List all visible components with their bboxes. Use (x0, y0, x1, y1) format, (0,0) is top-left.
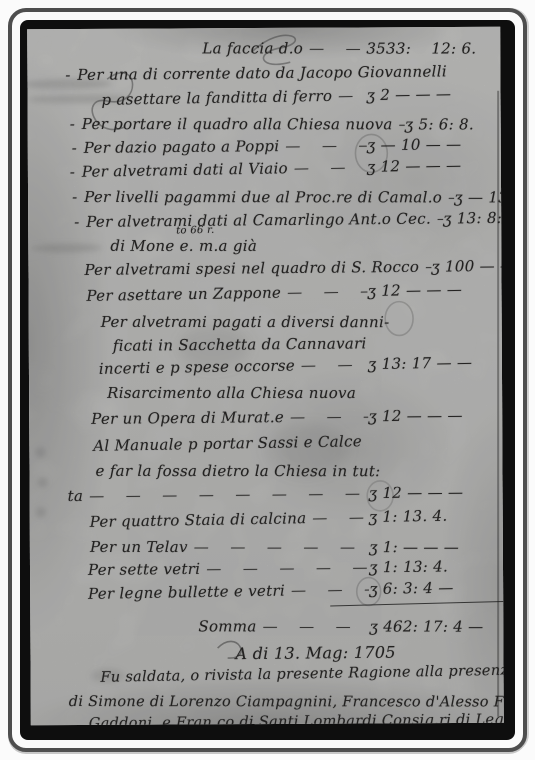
row-amount: ʒ 12 — — — (368, 484, 496, 502)
photo-scan: La faccia d.o — — — — — — — — — — — — — … (20, 20, 515, 740)
dash-leader: — — — — — — — — — — — — — — (419, 259, 431, 276)
dash-leader: — — — — — — — — — — — — — — (83, 485, 369, 505)
dash-leader: — — — — — — — — — — — — — — (442, 189, 454, 206)
row-text: di Simone di Lorenzo Ciampagnini, France… (69, 694, 504, 711)
dash-leader: — — — — — — — — — — — — — — (284, 408, 368, 426)
ledger-row-continuation: Al Manuale p portar Sassi e Calce (93, 431, 496, 455)
row-amount: ʒ 1: 13. 4. (368, 507, 496, 526)
total-row: Somma — — — — — — — — — — — — — — ʒ 462:… (198, 618, 497, 636)
row-text: Per un Telav (90, 539, 188, 556)
dash-leader: — — — — — — — — — — — — — — (285, 581, 369, 600)
dash-leader: — — — — — — — — — — — — — — (288, 159, 367, 178)
row-text: to 66 r. (176, 225, 215, 237)
row-text: Per quattro Staia di calcina (90, 510, 307, 531)
row-text: Per sette vetri (88, 561, 201, 579)
row-text: Gaddoni, e Fran.co di Santi Lombardi Con… (89, 712, 504, 725)
ledger-row: Per asettare un Zappone — — — — — — — — … (86, 281, 495, 305)
row-text: Per alvetrami spesi nel quadro di S. Roc… (84, 259, 419, 279)
ledger-row: - Per livelli pagammi due al Proc.re di … (72, 189, 495, 207)
row-text: di Mone e. m.a già (110, 238, 257, 255)
dash-leader: — — — — — — — — — — — — — — (332, 87, 366, 105)
ledger-row: incerti e p spese occorse — — — — — — — … (99, 354, 496, 378)
row-amount: ʒ — 13: 4 — (454, 189, 504, 206)
ledger-row: - Per portare il quadro alla Chiesa nuov… (70, 116, 495, 134)
entry-dash-marker: - (70, 116, 82, 133)
row-text: Per livelli pagammi due al Proc.re di Ca… (84, 189, 442, 207)
ledger-row-continuation: Per alvetrami pagati a diversi danni- (101, 314, 496, 332)
ledger-row-continuation: ficati in Sacchetta da Cannavari (113, 334, 496, 355)
entry-dash-marker: - (72, 140, 84, 157)
dash-leader: — — — — — — — — — — — — — — (281, 283, 368, 302)
row-text: Risarcimento alla Chiesa nuova (107, 385, 356, 402)
row-amount: 3533: 12: 6. (366, 40, 494, 57)
ledger-row: - Per alvetrami dati al Viaio — — — — — … (70, 157, 495, 182)
entry-dash-marker: - (65, 67, 77, 84)
handwritten-entries: La faccia d.o — — — — — — — — — — — — — … (27, 27, 504, 725)
closing-statement-line: di Simone di Lorenzo Ciampagnini, France… (69, 694, 498, 711)
row-amount: ʒ 100 — — — (431, 257, 504, 275)
row-text: ta (68, 488, 84, 505)
row-text: Per un Opera di Murat.e (91, 409, 284, 428)
row-text: Per dazio pagato a Poppi (84, 138, 280, 157)
ledger-row-continuation: e far la fossa dietro la Chiesa in tut: (96, 463, 497, 481)
row-amount: ʒ 6: 3: 4 — (369, 579, 497, 598)
row-text: La faccia d.o (202, 40, 303, 57)
row-text: Per asettare un Zappone (86, 285, 281, 306)
entry-dash-marker: - (74, 214, 86, 231)
ledger-row-continuation: di Mone e. m.a già (110, 238, 495, 256)
entry-dash-marker: - (72, 189, 84, 206)
dash-leader: — — — — — — — — — — — — — — (279, 137, 367, 155)
ledger-row: Per sette vetri — — — — — — — — — — — — … (88, 558, 497, 579)
dash-leader: — — — — — — — — — — — — — — (306, 509, 369, 527)
dash-leader: — — — — — — — — — — — — — — (393, 116, 405, 133)
dash-leader: — — — — — — — — — — — — — — (303, 40, 366, 57)
row-text: Per portare il quadro alla Chiesa nuova (82, 116, 393, 134)
row-text: Per alvetrami pagati a diversi danni- (101, 314, 390, 332)
ledger-row: Per alvetrami spesi nel quadro di S. Roc… (84, 258, 495, 279)
dash-leader: — — — — — — — — — — — — — — (188, 539, 369, 556)
row-text: ficati in Sacchetta da Cannavari (113, 335, 367, 355)
row-amount: ʒ 12 — — — (368, 407, 496, 425)
total-label: Somma (198, 618, 256, 635)
row-amount: ʒ 12 — — — (367, 281, 495, 300)
row-text: incerti e p spese occorse (99, 357, 295, 378)
row-amount: ʒ — 10 — — (367, 136, 495, 154)
ledger-row: Per un Telav — — — — — — — — — — — — — —… (90, 539, 497, 557)
row-text: p asettare la fanditta di ferro (101, 88, 332, 109)
ledger-row: Per quattro Staia di calcina — — — — — —… (90, 507, 497, 531)
row-amount: ʒ 5: 6: 8. (405, 116, 504, 133)
ledger-row: Per legne bullette e vetri — — — — — — —… (88, 579, 497, 603)
row-text: e far la fossa dietro la Chiesa in tut: (96, 463, 381, 480)
row-text: A di 13. Mag: 1705 (235, 644, 396, 664)
row-text: Al Manuale p portar Sassi e Calce (93, 433, 362, 455)
total-amount: ʒ 462: 17: 4 — (369, 619, 497, 636)
dash-leader: — — — — — — — — — — — — — — (257, 618, 370, 635)
closing-statement-line: Gaddoni, e Fran.co di Santi Lombardi Con… (89, 712, 498, 725)
row-text: Per legne bullette e vetri (88, 582, 285, 603)
row-amount: ʒ 13: 17 — — (368, 354, 496, 373)
row-amount: ʒ 1: 13: 4. (369, 558, 497, 576)
dash-leader: — — — — — — — — — — — — — — (295, 356, 368, 375)
dash-leader: — — — — — — — — — — — — — — (200, 559, 369, 578)
ledger-row: p asettare la fanditta di ferro — — — — … (101, 85, 494, 109)
row-text: Per una di corrente dato da Jacopo Giova… (77, 63, 447, 84)
row-text: Per alvetrami dati al Viaio (82, 160, 288, 181)
row-amount: ʒ 12 — — — (367, 157, 495, 176)
ledger-row: - Per dazio pagato a Poppi — — — — — — —… (72, 136, 495, 157)
closing-statement-line: Fu saldata, o rivista la presente Ragion… (100, 663, 497, 687)
row-amount: ʒ 2 — — — (366, 85, 494, 104)
manuscript-frame: La faccia d.o — — — — — — — — — — — — — … (8, 8, 527, 752)
entry-dash-marker: - (70, 164, 82, 181)
row-text: Fu saldata, o rivista la presente Ragion… (100, 663, 503, 687)
row-amount: ʒ 1: — — — (369, 539, 497, 556)
carried-forward-row: La faccia d.o — — — — — — — — — — — — — … (202, 40, 494, 58)
manuscript-paper: La faccia d.o — — — — — — — — — — — — — … (27, 27, 504, 725)
section-subheading: Risarcimento alla Chiesa nuova (107, 385, 496, 403)
date-line: A di 13. Mag: 1705 (235, 643, 497, 664)
ledger-row: - Per una di corrente dato da Jacopo Gio… (65, 63, 494, 84)
ledger-row: ta — — — — — — — — — — — — — — ʒ 12 — — … (68, 484, 497, 505)
ledger-row: Per un Opera di Murat.e — — — — — — — — … (91, 407, 496, 428)
